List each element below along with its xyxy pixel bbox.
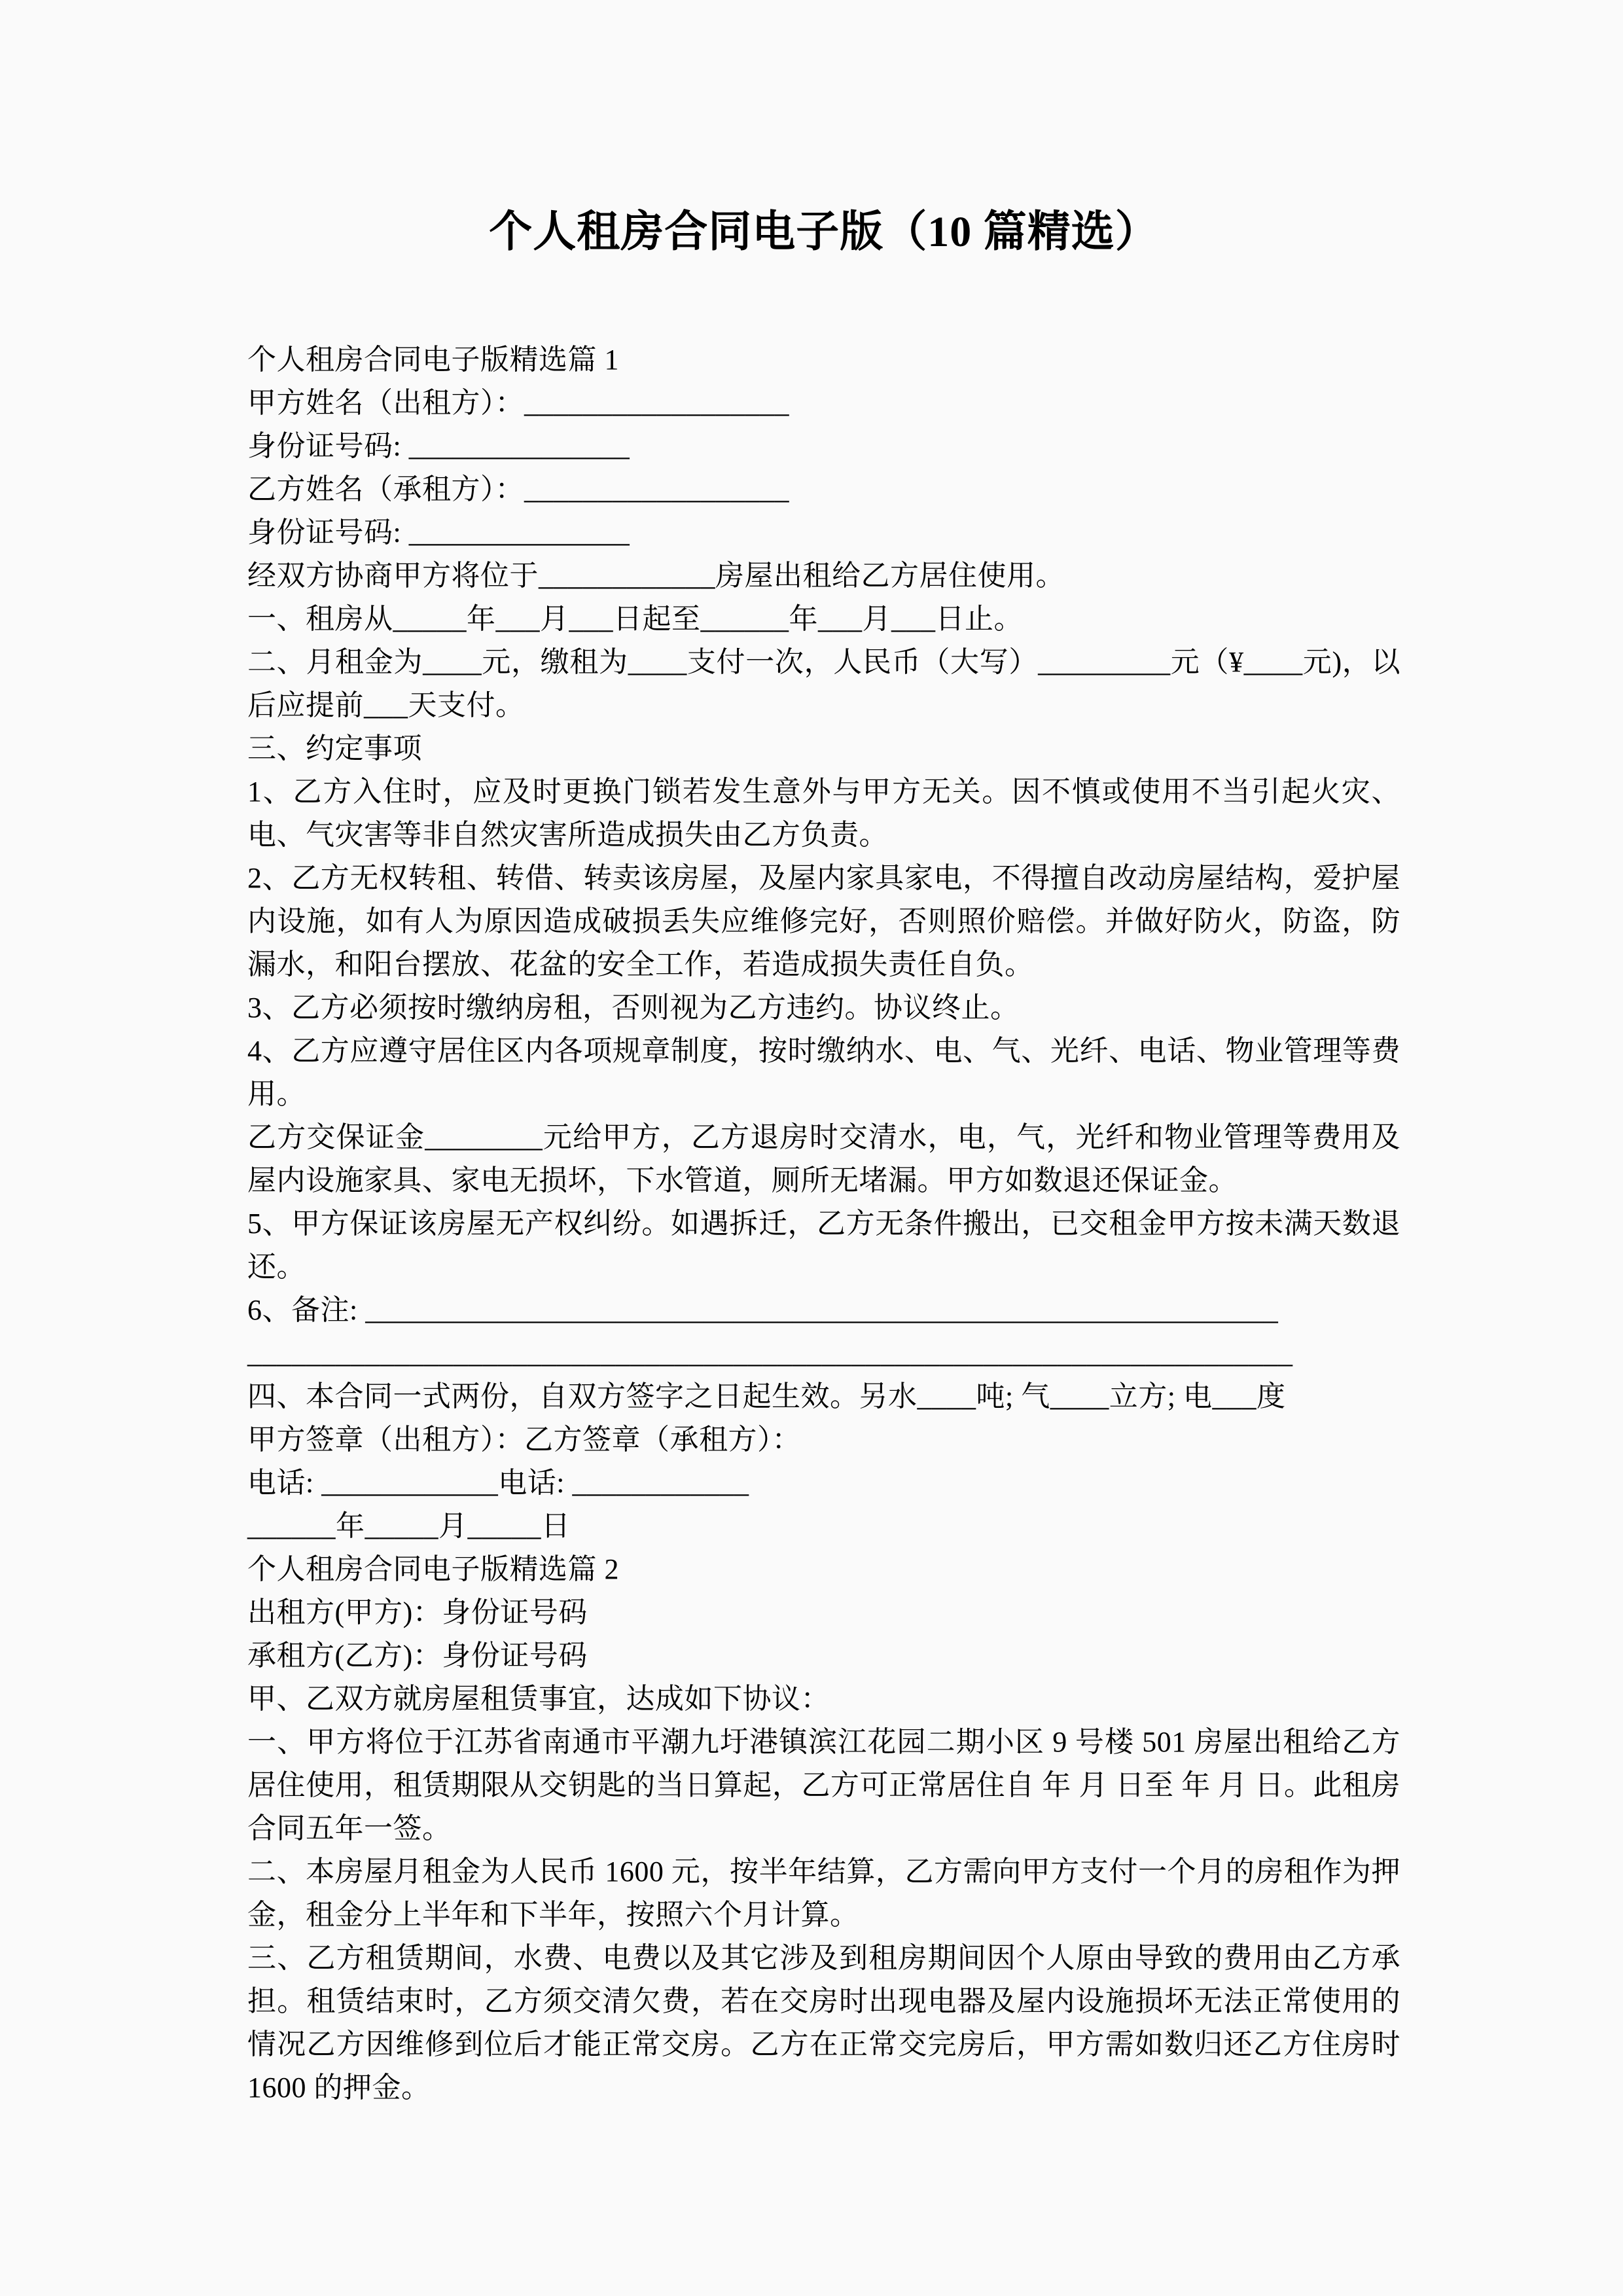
paragraph: 个人租房合同电子版精选篇 1 (247, 338, 1400, 382)
paragraph: ________________________________________… (247, 1332, 1400, 1375)
paragraph: 二、本房屋月租金为人民币 1600 元，按半年结算，乙方需向甲方支付一个月的房租… (247, 1850, 1400, 1937)
paragraph: 经双方协商甲方将位于____________房屋出租给乙方居住使用。 (247, 554, 1400, 598)
paragraph: 四、本合同一式两份，自双方签字之日起生效。另水____吨; 气____立方; 电… (247, 1375, 1400, 1418)
paragraph: 2、乙方无权转租、转借、转卖该房屋，及屋内家具家电，不得擅自改动房屋结构，爱护屋… (247, 857, 1400, 986)
paragraph: 三、约定事项 (247, 727, 1400, 770)
paragraph: 6、备注: __________________________________… (247, 1289, 1400, 1332)
paragraph: 乙方姓名（承租方）：__________________ (247, 468, 1400, 511)
paragraph: 4、乙方应遵守居住区内各项规章制度，按时缴纳水、电、气、光纤、电话、物业管理等费… (247, 1030, 1400, 1116)
paragraph: 三、乙方租赁期间，水费、电费以及其它涉及到租房期间因个人原由导致的费用由乙方承担… (247, 1937, 1400, 2109)
paragraph: 一、租房从_____年___月___日起至______年___月___日止。 (247, 598, 1400, 641)
paragraph: 甲、乙双方就房屋租赁事宜，达成如下协议： (247, 1677, 1400, 1721)
contract-page: 个人租房合同电子版（10 篇精选） 个人租房合同电子版精选篇 1甲方姓名（出租方… (0, 0, 1623, 2296)
paragraph: 个人租房合同电子版精选篇 2 (247, 1548, 1400, 1591)
paragraph: 一、甲方将位于江苏省南通市平潮九圩港镇滨江花园二期小区 9 号楼 501 房屋出… (247, 1721, 1400, 1850)
paragraph: 5、甲方保证该房屋无产权纠纷。如遇拆迁，乙方无条件搬出，已交租金甲方按未满天数退… (247, 1202, 1400, 1289)
paragraph: ______年_____月_____日 (247, 1505, 1400, 1548)
paragraph: 身份证号码: _______________ (247, 511, 1400, 554)
paragraph: 出租方(甲方)：身份证号码 (247, 1591, 1400, 1634)
paragraph: 3、乙方必须按时缴纳房租，否则视为乙方违约。协议终止。 (247, 986, 1400, 1030)
paragraph: 甲方姓名（出租方）：__________________ (247, 382, 1400, 425)
paragraph: 电话: ____________电话: ____________ (247, 1462, 1400, 1505)
paragraph: 乙方交保证金________元给甲方，乙方退房时交清水，电，气，光纤和物业管理等… (247, 1116, 1400, 1202)
paragraph: 承租方(乙方)：身份证号码 (247, 1634, 1400, 1677)
paragraph: 1、乙方入住时，应及时更换门锁若发生意外与甲方无关。因不慎或使用不当引起火灾、电… (247, 770, 1400, 857)
page-title: 个人租房合同电子版（10 篇精选） (247, 203, 1400, 261)
paragraph: 二、月租金为____元，缴租为____支付一次，人民币（大写）_________… (247, 641, 1400, 727)
paragraph: 身份证号码: _______________ (247, 425, 1400, 468)
contract-body: 个人租房合同电子版精选篇 1甲方姓名（出租方）：________________… (247, 338, 1400, 2109)
paragraph: 甲方签章（出租方）：乙方签章（承租方）： (247, 1418, 1400, 1462)
